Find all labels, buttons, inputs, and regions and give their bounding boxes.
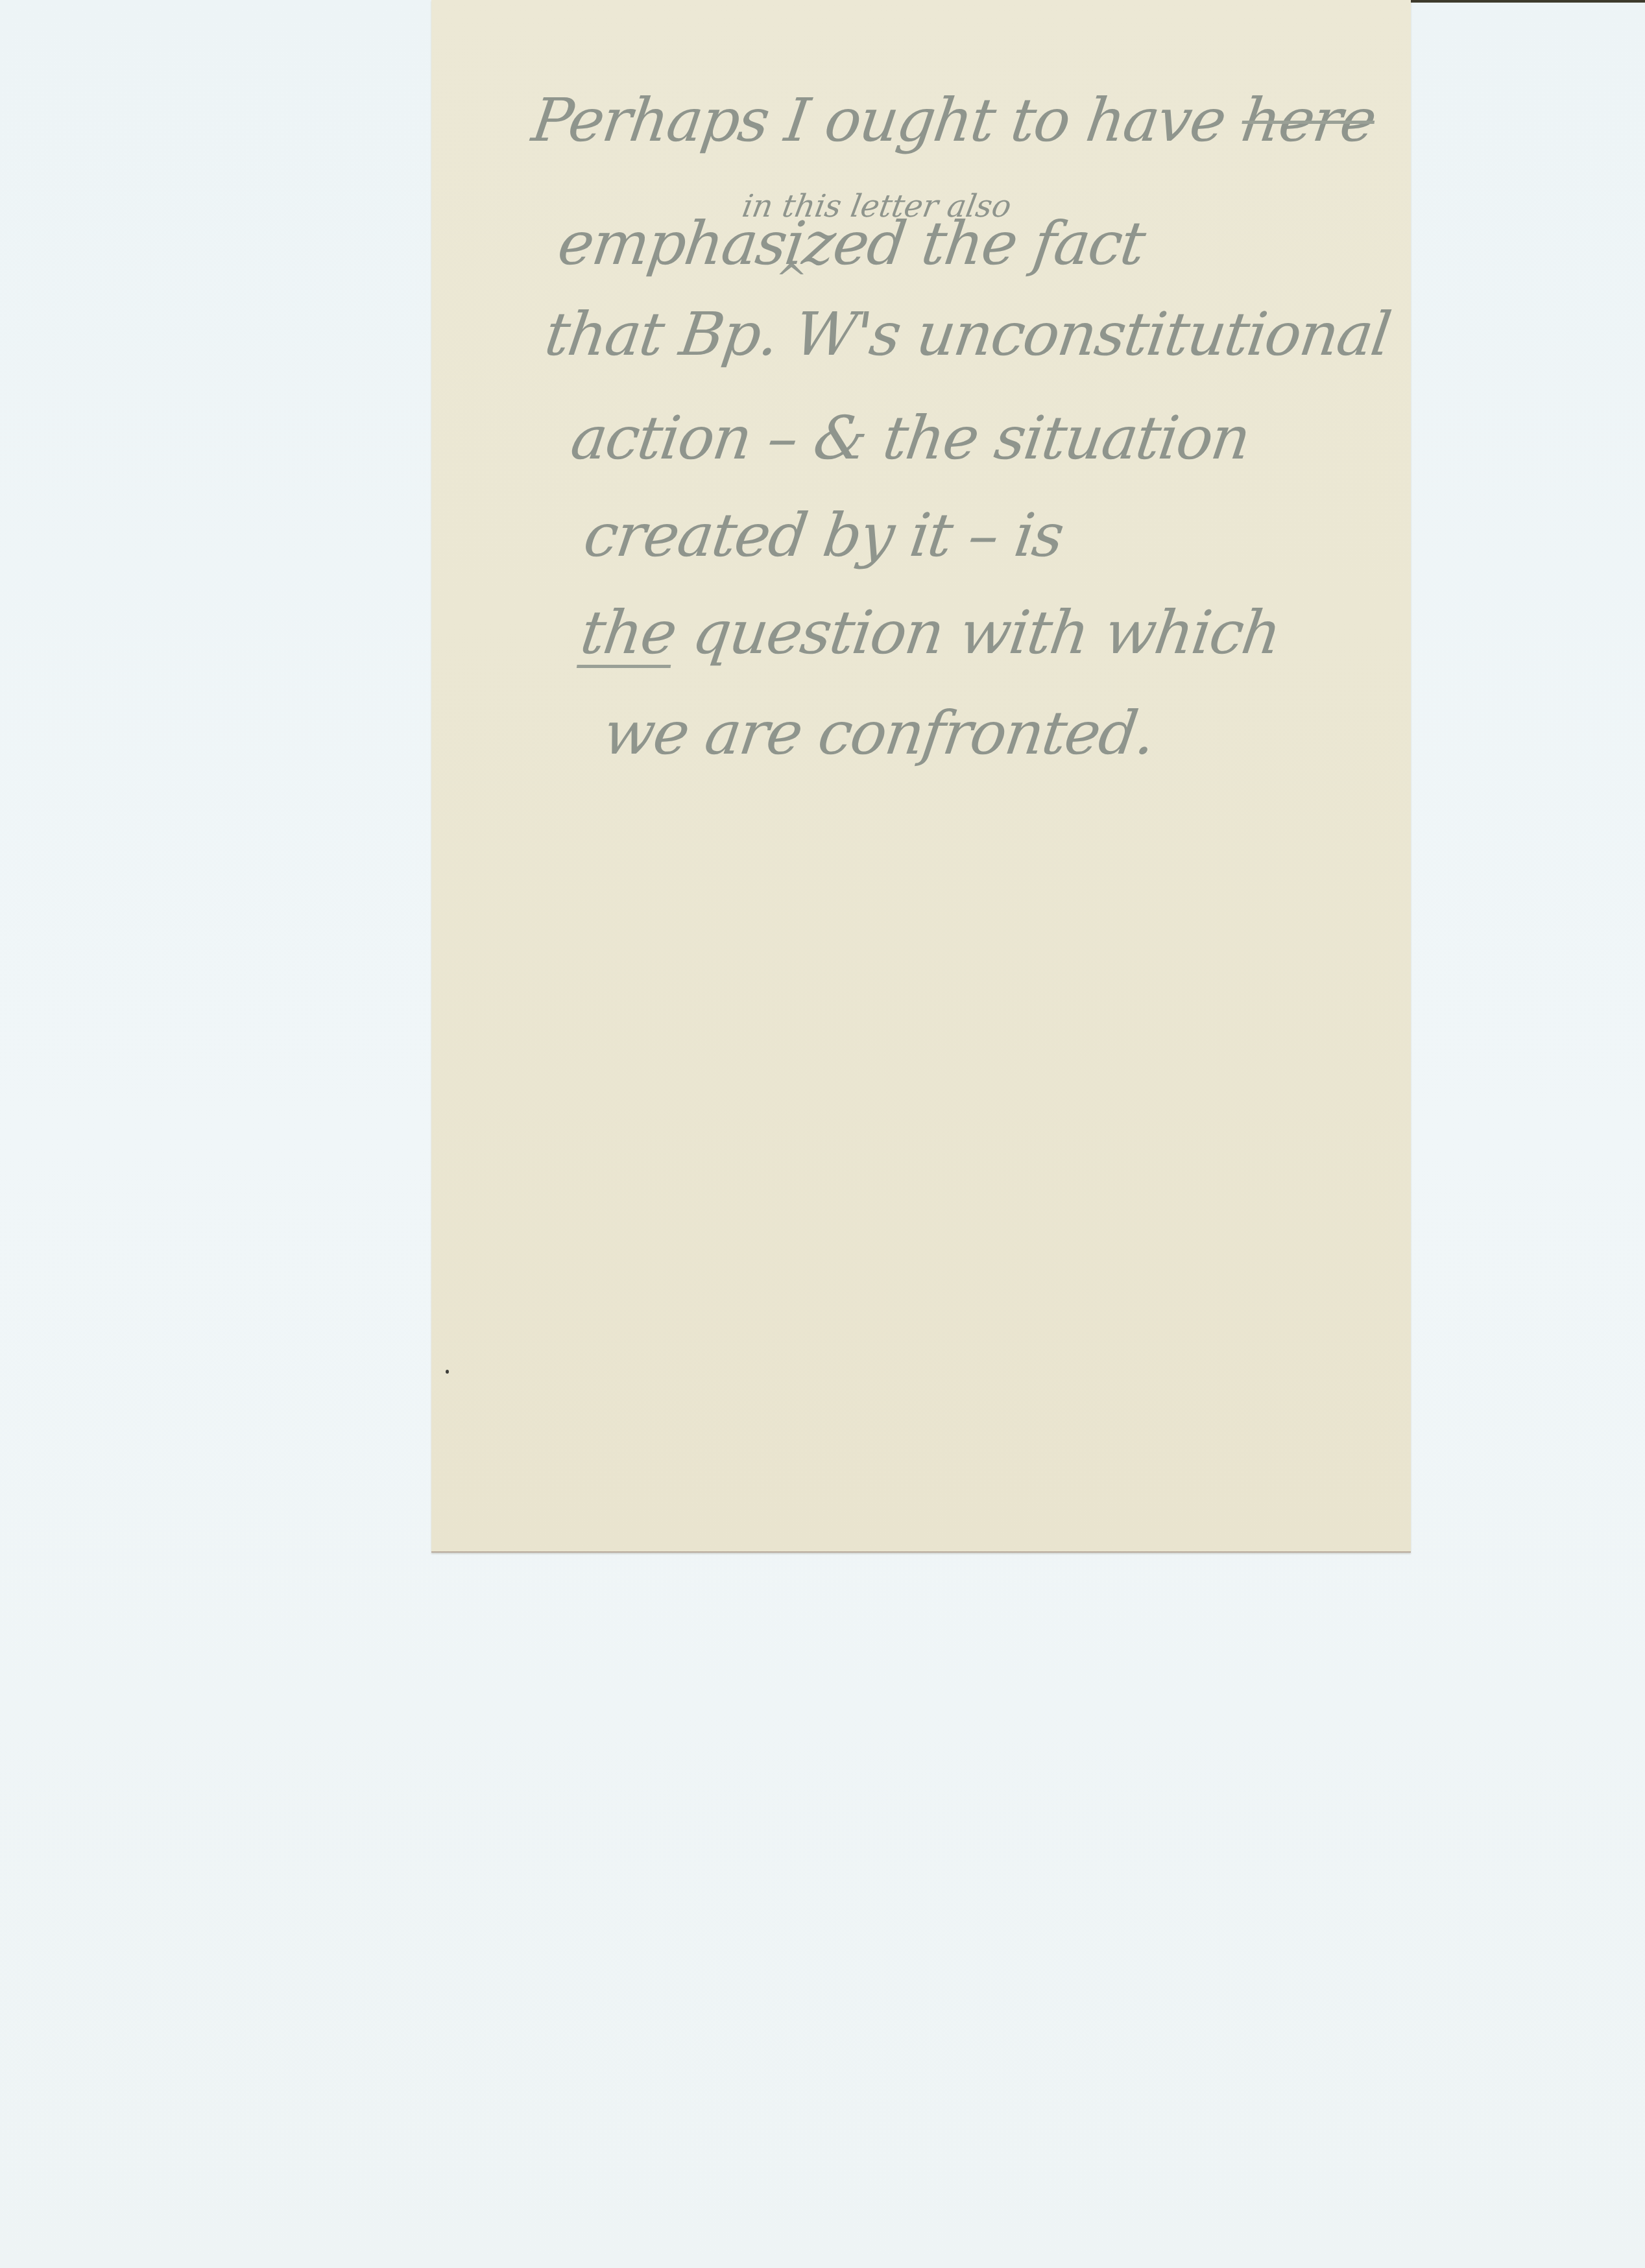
note-line-4: action – & the situation — [568, 409, 1253, 468]
note-line-3: that Bp. W's unconstitutional — [542, 305, 1393, 364]
handwritten-note: Perhaps I ought to have here in this let… — [431, 0, 1411, 843]
scanner-edge-strip — [1411, 0, 1645, 3]
note-line-1-text: Perhaps I ought to have — [528, 86, 1247, 155]
note-line-5: created by it – is — [581, 506, 1066, 566]
paper-sheet: Perhaps I ought to have here in this let… — [431, 0, 1411, 1553]
note-line-6: the question with which — [577, 603, 1284, 663]
struck-word-here: here — [1238, 86, 1380, 155]
underlined-word-the: the — [577, 598, 680, 667]
note-line-1: Perhaps I ought to have here — [529, 91, 1379, 150]
note-line-6-text: question with which — [671, 598, 1284, 667]
paper-speck — [446, 1370, 449, 1374]
note-line-2: emphasized the fact — [555, 214, 1148, 274]
note-line-7: we are confronted. — [600, 704, 1158, 763]
